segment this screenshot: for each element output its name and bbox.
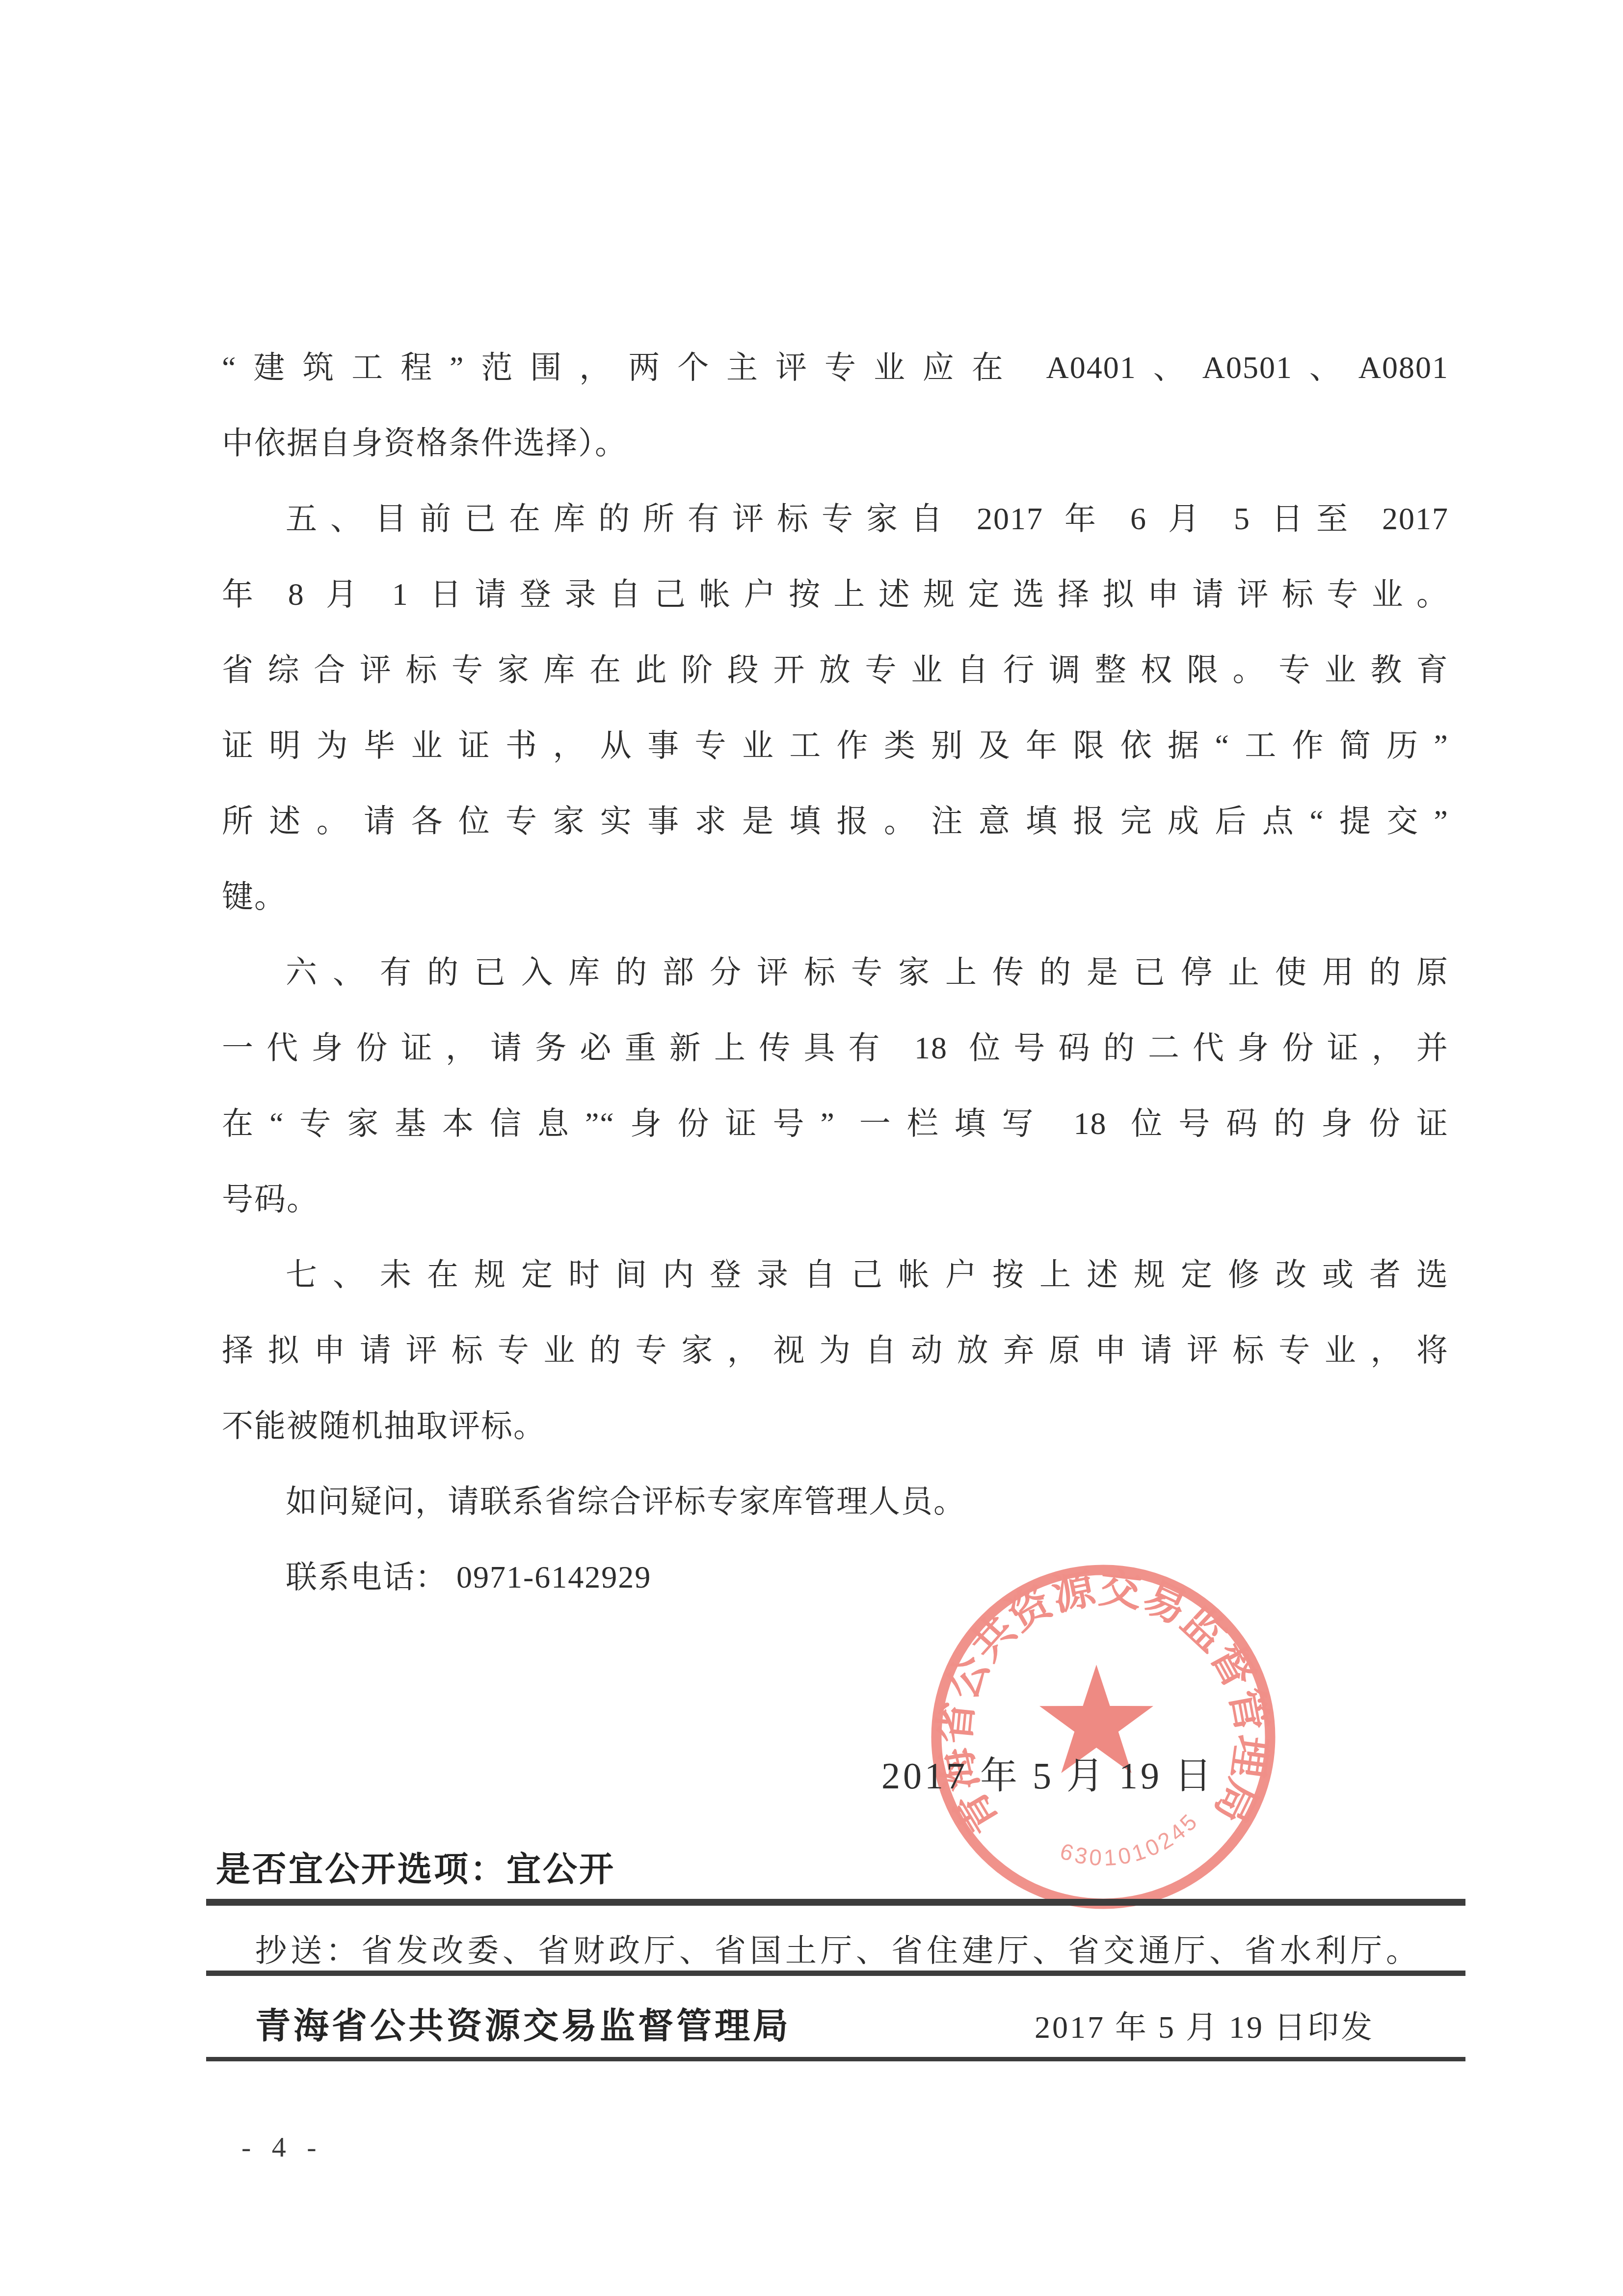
body-line: 所述。请各位专家实事求是填报。注意填报完成后点“提交” xyxy=(222,783,1449,859)
publicity-line: 是否宜公开选项：宜公开 xyxy=(216,1842,615,1891)
issuer-name: 青海省公共资源交易监督管理局 xyxy=(255,1997,791,2048)
official-seal: 青海省公共资源交易监督管理局 6301010245775 xyxy=(927,1560,1280,1914)
body-text: “建筑工程”范围，两个主评专业应在 A0401、A0501、A0801中依据自身… xyxy=(222,330,1449,1615)
body-line: 五、目前已在库的所有评标专家自 2017 年 6 月 5 日至 2017 xyxy=(222,481,1449,557)
cc-line: 抄送：省发改委、省财政厅、省国土厅、省住建厅、省交通厅、省水利厅。 xyxy=(255,1925,1421,1971)
body-line: 如问疑问，请联系省综合评标专家库管理人员。 xyxy=(222,1464,1449,1540)
body-line: 省综合评标专家库在此阶段开放专业自行调整权限。专业教育 xyxy=(222,632,1449,708)
body-line: “建筑工程”范围，两个主评专业应在 A0401、A0501、A0801 xyxy=(222,330,1449,405)
divider-rule-bottom xyxy=(206,2057,1465,2061)
body-line: 不能被随机抽取评标。 xyxy=(222,1388,1449,1464)
issuer-row: 青海省公共资源交易监督管理局 2017 年 5 月 19 日印发 xyxy=(255,1997,1374,2048)
body-line: 六、有的已入库的部分评标专家上传的是已停止使用的原 xyxy=(222,935,1449,1010)
body-line: 一代身份证，请务必重新上传具有 18 位号码的二代身份证，并 xyxy=(222,1010,1449,1086)
body-line: 键。 xyxy=(222,859,1449,935)
document-page: “建筑工程”范围，两个主评专业应在 A0401、A0501、A0801中依据自身… xyxy=(0,0,1623,2296)
body-line: 择拟申请评标专业的专家，视为自动放弃原申请评标专业，将 xyxy=(222,1313,1449,1388)
body-line: 中依据自身资格条件选择）。 xyxy=(222,405,1449,481)
page-number: - 4 - xyxy=(241,2131,323,2163)
issue-date: 2017 年 5 月 19 日印发 xyxy=(1035,2002,1374,2047)
divider-rule-top xyxy=(206,1899,1465,1906)
divider-rule-middle xyxy=(206,1971,1465,1976)
body-line: 七、未在规定时间内登录自己帐户按上述规定修改或者选 xyxy=(222,1237,1449,1313)
date-line: 2017 年 5 月 19 日 xyxy=(881,1746,1215,1799)
body-line: 号码。 xyxy=(222,1162,1449,1237)
body-line: 在“专家基本信息”“身份证号” 一栏填写 18 位号码的身份证 xyxy=(222,1086,1449,1162)
body-line: 年 8 月 1 日请登录自己帐户按上述规定选择拟申请评标专业。 xyxy=(222,557,1449,632)
body-line: 证明为毕业证书，从事专业工作类别及年限依据“工作简历” xyxy=(222,708,1449,783)
